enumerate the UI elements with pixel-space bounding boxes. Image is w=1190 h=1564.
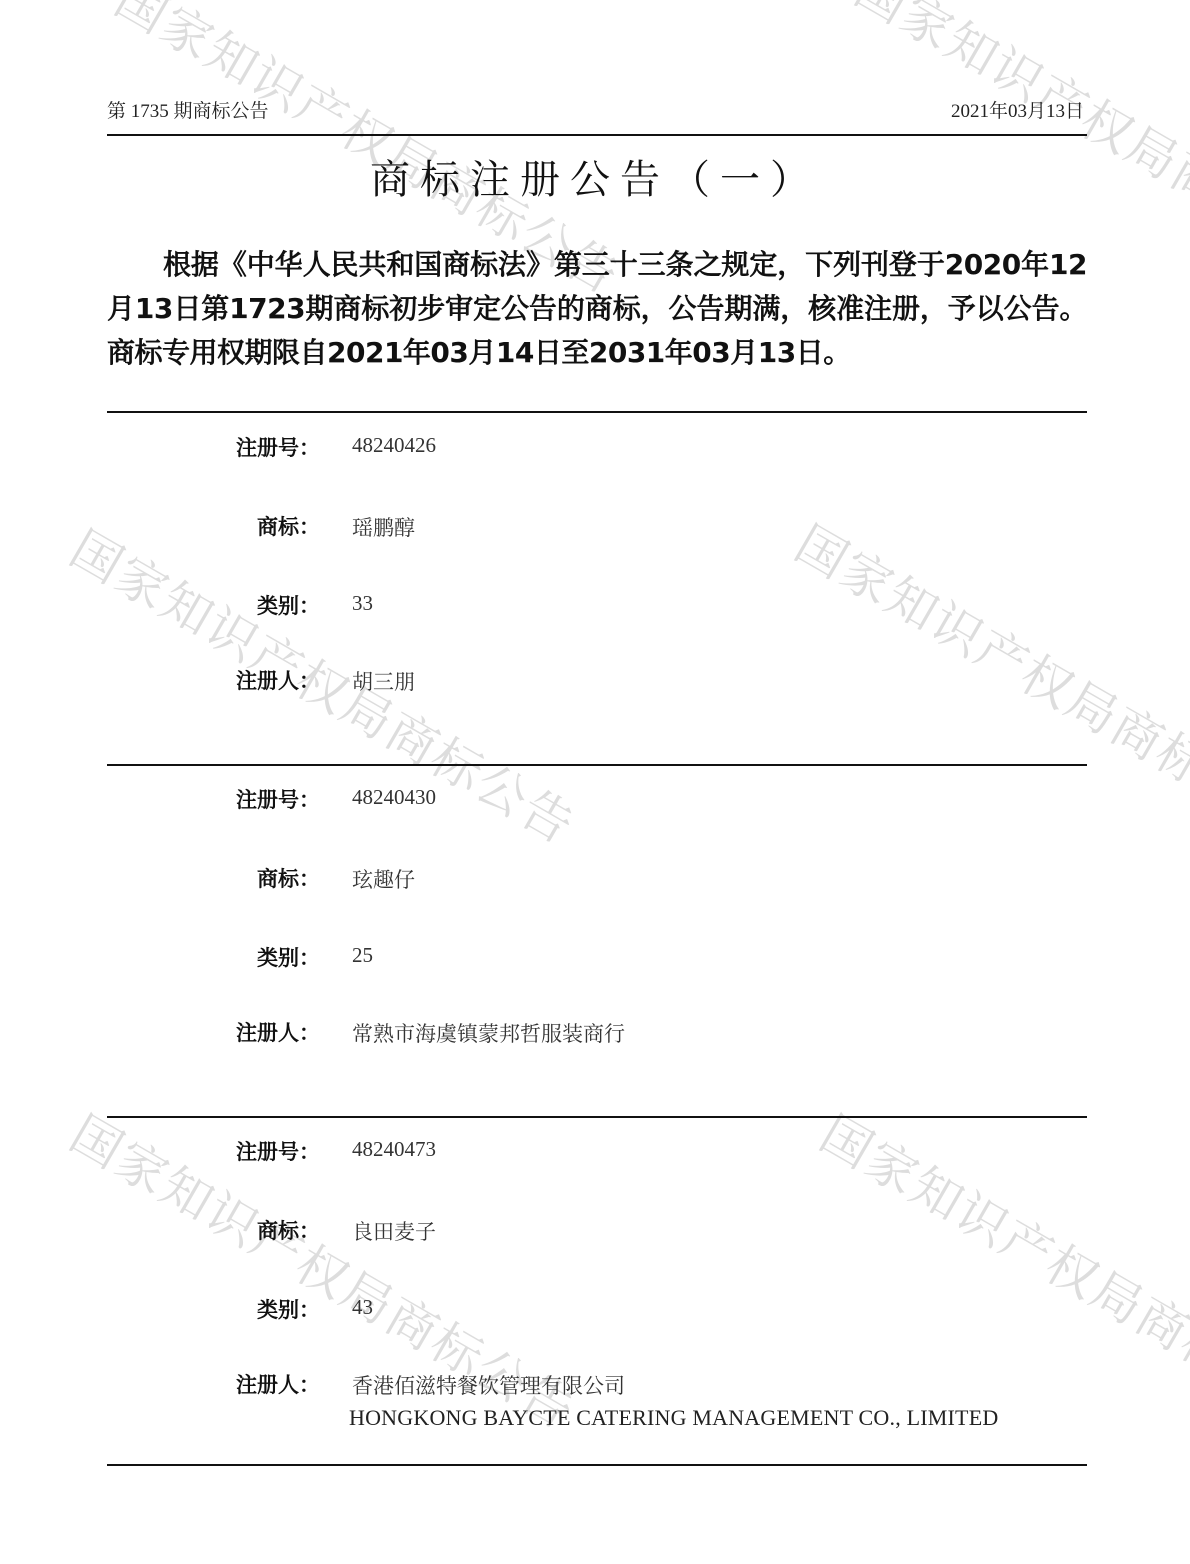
section-divider [107, 1116, 1087, 1118]
reg-no-row: 注册号： 48240426 [0, 432, 1190, 462]
class-label: 类别： [257, 590, 320, 620]
mark-row: 商标： 玹趣仔 [0, 863, 1190, 893]
mark-value: 瑶鹏醇 [352, 512, 415, 542]
reg-no-value: 48240430 [352, 785, 436, 810]
reg-no-value: 48240426 [352, 433, 436, 458]
registrant-label: 注册人： [236, 1369, 320, 1399]
page-title: 商标注册公告（一） [0, 148, 1190, 205]
registrant-value: 胡三朋 [352, 666, 415, 696]
class-value: 43 [352, 1295, 373, 1320]
mark-label: 商标： [257, 511, 320, 541]
class-label: 类别： [257, 942, 320, 972]
mark-label: 商标： [257, 863, 320, 893]
reg-no-row: 注册号： 48240473 [0, 1136, 1190, 1166]
class-label: 类别： [257, 1294, 320, 1324]
class-value: 25 [352, 943, 373, 968]
registrant-label: 注册人： [236, 1017, 320, 1047]
class-row: 类别： 43 [0, 1294, 1190, 1324]
mark-row: 商标： 瑶鹏醇 [0, 511, 1190, 541]
class-row: 类别： 33 [0, 590, 1190, 620]
section-divider [107, 764, 1087, 766]
issue-number: 第 1735 期商标公告 [107, 96, 269, 123]
registrant-english-name: HONGKONG BAYCTE CATERING MANAGEMENT CO.,… [349, 1405, 998, 1431]
intro-paragraph: 根据《中华人民共和国商标法》第三十三条之规定，下列刊登于2020年12月13日第… [107, 243, 1087, 375]
registrant-value: 香港佰滋特餐饮管理有限公司 [352, 1370, 625, 1400]
reg-no-value: 48240473 [352, 1137, 436, 1162]
mark-value: 良田麦子 [352, 1216, 436, 1246]
reg-no-label: 注册号： [236, 784, 320, 814]
section-divider [107, 1464, 1087, 1466]
class-row: 类别： 25 [0, 942, 1190, 972]
mark-value: 玹趣仔 [352, 864, 415, 894]
reg-no-label: 注册号： [236, 432, 320, 462]
registrant-row: 注册人： 常熟市海虞镇蒙邦哲服装商行 [0, 1017, 1190, 1047]
registrant-row: 注册人： 胡三朋 [0, 665, 1190, 695]
registrant-row: 注册人： 香港佰滋特餐饮管理有限公司 HONGKONG BAYCTE CATER… [0, 1369, 1190, 1399]
class-value: 33 [352, 591, 373, 616]
reg-no-row: 注册号： 48240430 [0, 784, 1190, 814]
publication-date: 2021年03月13日 [951, 96, 1084, 123]
document-page: 第 1735 期商标公告 2021年03月13日 商标注册公告（一） 根据《中华… [0, 0, 1190, 1564]
registrant-label: 注册人： [236, 665, 320, 695]
mark-row: 商标： 良田麦子 [0, 1215, 1190, 1245]
registrant-value: 常熟市海虞镇蒙邦哲服装商行 [352, 1018, 625, 1048]
header-rule [107, 134, 1087, 136]
section-divider [107, 411, 1087, 413]
mark-label: 商标： [257, 1215, 320, 1245]
reg-no-label: 注册号： [236, 1136, 320, 1166]
